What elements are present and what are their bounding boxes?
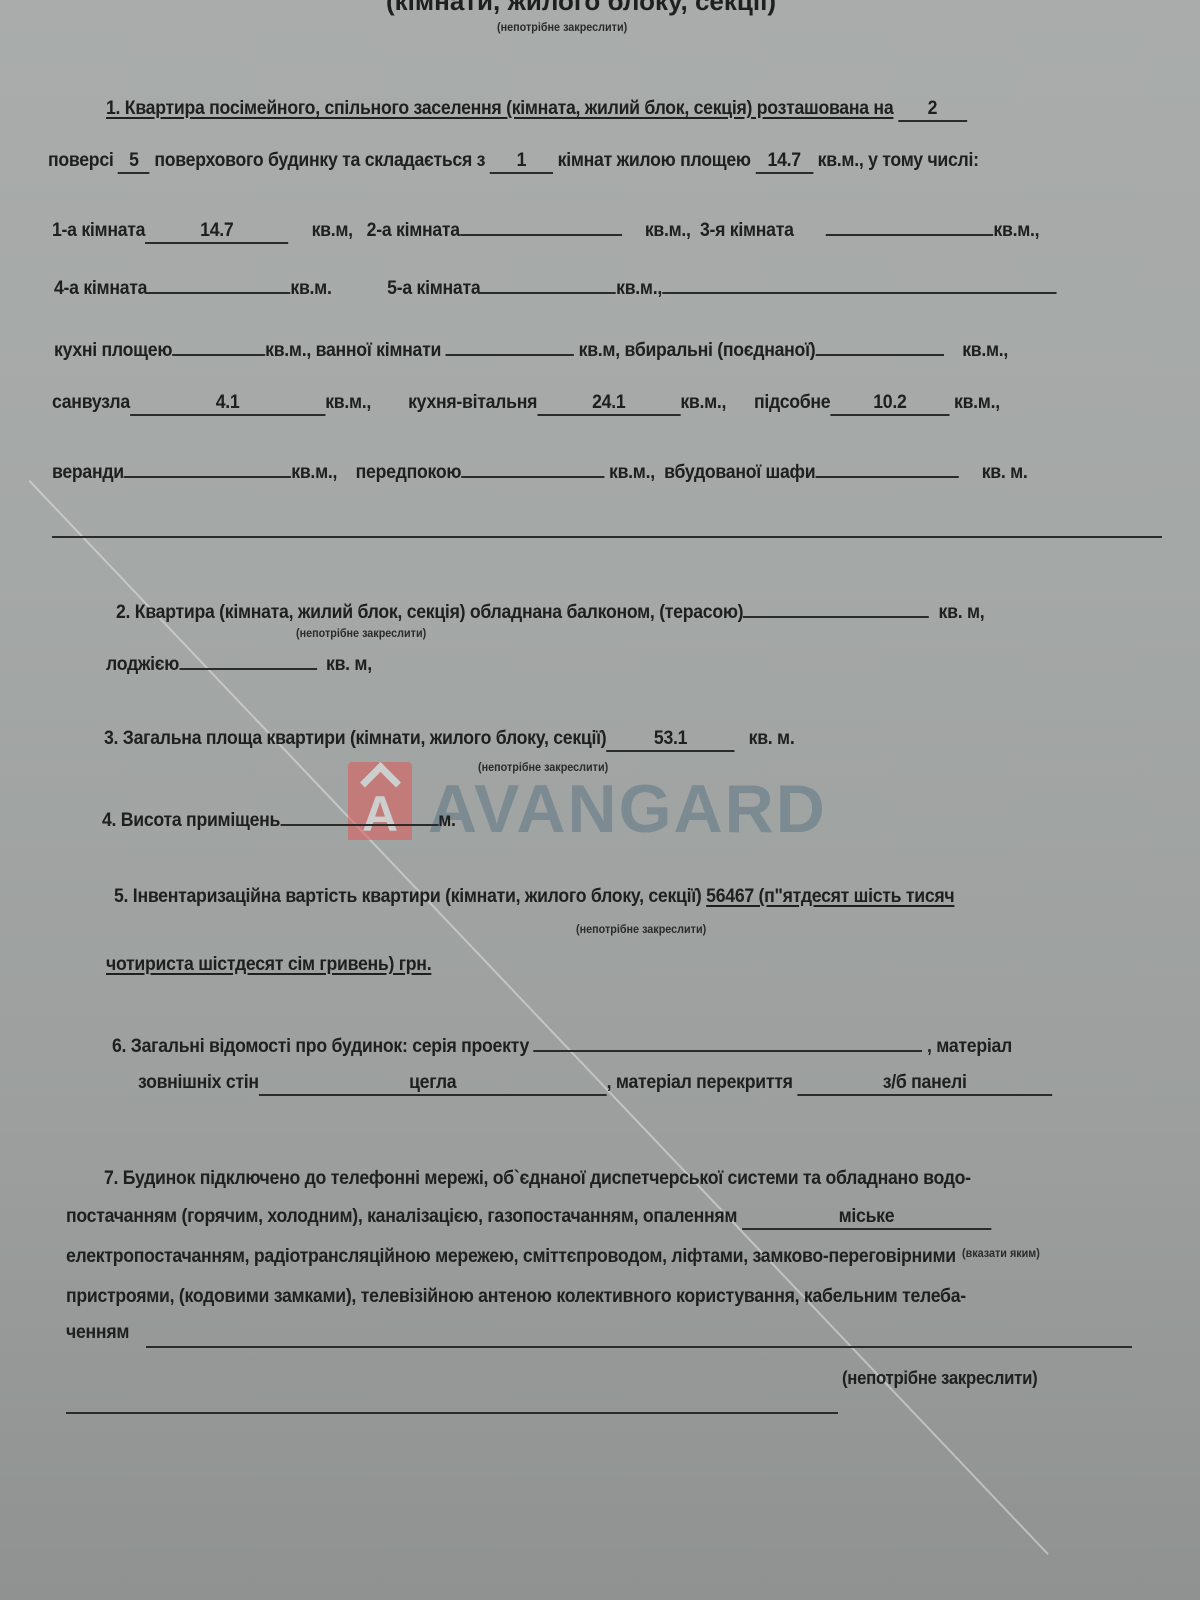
sanuzol-line: санвузла4.1кв.м., кухня-вітальня24.1кв.м… — [52, 392, 1000, 416]
veranda-line: верандикв.м., передпокою кв.м., вбудован… — [52, 458, 1028, 484]
extra-blank-field — [662, 274, 1056, 294]
document-page: (кімнати, жилого блоку, секції) (непотрі… — [0, 0, 1200, 1600]
section-7-line-5: ченням — [66, 1322, 129, 1344]
section-7-line-4: пристроями, (кодовими замками), телевізі… — [66, 1286, 966, 1308]
heating-note: (вказати яким) — [962, 1246, 1040, 1260]
utility-field: 10.2 — [830, 393, 949, 416]
hallway-field — [461, 458, 604, 478]
ceiling-height-field — [280, 806, 438, 826]
veranda-field — [124, 458, 291, 478]
room-2-field — [460, 216, 622, 236]
kitchen-living-field: 24.1 — [537, 393, 680, 416]
loggia-field — [179, 650, 317, 670]
document-subtitle: (кімнати, жилого блоку, секції) — [386, 0, 776, 17]
closing-blank-line — [66, 1412, 838, 1414]
floors-total-field: 5 — [118, 151, 150, 174]
inventory-value-words: чотириста шістдесят сім гривень) грн. — [106, 954, 431, 975]
room-5-field — [480, 274, 616, 294]
strike-note: (непотрібне закреслити) — [576, 922, 706, 936]
section-divider-line — [52, 536, 1162, 538]
kitchen-bath-line: кухні площеюкв.м., ванної кімнати кв.м, … — [54, 336, 1008, 362]
rooms-count-field: 1 — [490, 151, 553, 174]
section-2-line-2: лоджією кв. м, — [106, 650, 372, 676]
bathroom-field — [446, 336, 574, 356]
balcony-field — [743, 598, 929, 618]
section-7-line-2: постачанням (горячим, холодним), каналіз… — [66, 1206, 991, 1230]
section-6-line-2: зовнішніх стінцегла, матеріал перекриття… — [138, 1072, 1052, 1096]
sanuzol-field: 4.1 — [130, 393, 325, 416]
closing-strike-note: (непотрібне закреслити) — [842, 1368, 1037, 1389]
wc-field — [815, 336, 943, 356]
total-area-field: 53.1 — [606, 729, 734, 752]
heating-field: міське — [742, 1207, 991, 1230]
section-1-line-2: поверсі 5 поверхового будинку та складає… — [48, 150, 979, 174]
section-5-line-1: 5. Інвентаризаційна вартість квартири (к… — [114, 886, 954, 908]
inventory-value: 56467 (п"ятдесят шість тисяч — [706, 886, 954, 907]
room-4-field — [147, 274, 290, 294]
avangard-brand-text: AVANGARD — [428, 778, 827, 840]
section-5-line-2: чотириста шістдесят сім гривень) грн. — [106, 954, 431, 976]
section-1-line-1: 1. Квартира посімейного, спільного засел… — [106, 98, 967, 122]
room-3-field — [826, 216, 993, 236]
section-7-line-3: електропостачанням, радіотрансляційною м… — [66, 1246, 956, 1268]
section-2-line-1: 2. Квартира (кімната, жилий блок, секція… — [116, 598, 984, 624]
strike-note: (непотрібне закреслити) — [296, 626, 426, 640]
rooms-line-2: 4-а кімнатакв.м. 5-а кімнатакв.м., — [54, 274, 1056, 300]
project-series-field — [534, 1032, 923, 1052]
section-4-line: 4. Висота приміщеньм. — [102, 806, 456, 832]
cable-tv-blank-line — [146, 1346, 1132, 1348]
kitchen-field — [172, 336, 265, 356]
section-6-line-1: 6. Загальні відомості про будинок: серія… — [112, 1032, 1012, 1058]
room-1-field: 14.7 — [145, 221, 288, 244]
section-3-line: 3. Загальна площа квартири (кімнати, жил… — [104, 728, 794, 752]
floor-field: 2 — [898, 99, 967, 122]
floor-material-field: з/б панелі — [797, 1073, 1052, 1096]
strike-note: (непотрібне закреслити) — [497, 20, 627, 34]
closet-field — [815, 458, 958, 478]
rooms-line-1: 1-а кімната14.7 кв.м, 2-а кімната кв.м.,… — [52, 216, 1039, 244]
paper-fold-crease — [29, 480, 1049, 1555]
living-area-field: 14.7 — [755, 151, 813, 174]
wall-material-field: цегла — [259, 1073, 607, 1096]
section-7-line-1: 7. Будинок підключено до телефонні мереж… — [104, 1168, 971, 1190]
